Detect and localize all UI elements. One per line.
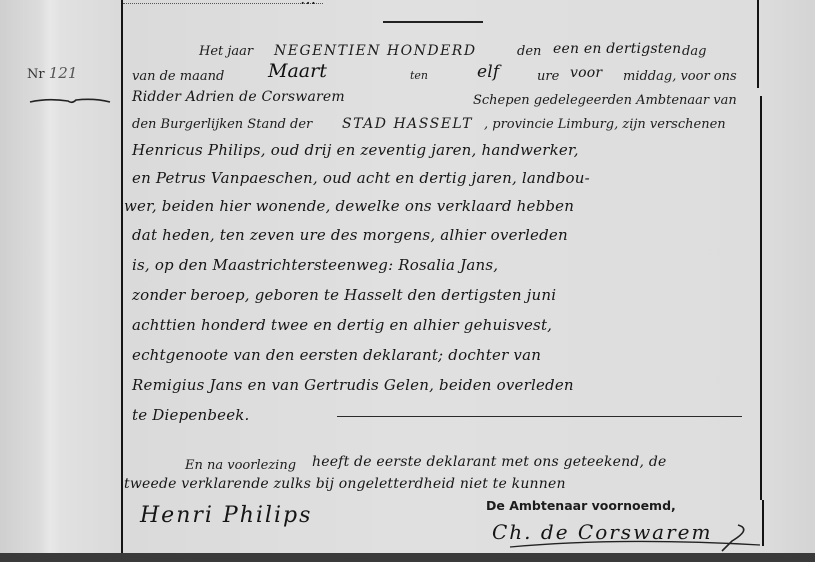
line-7-hand: wer, beiden hier wonende, dewelke ons ve… [124,199,574,214]
line-10-hand: zonder beroep, geboren te Hasselt den de… [132,288,556,303]
left-margin-rule [121,0,123,553]
top-dotted-rule [123,3,323,5]
line-1-print-a: Het jaar [199,45,253,58]
record-number-flourish [28,96,113,106]
record-number: Nr 121 [27,66,77,81]
line-15-hand: heeft de eerste deklarant met ons geteek… [312,455,667,469]
line-4-print-b: , provincie Limburg, zijn verschenen [484,118,726,131]
line-9-hand: is, op den Maastrichtersteenweg: Rosalia… [132,258,498,273]
line-2-hand-ampm: voor [570,66,602,80]
right-margin-rule [757,0,759,88]
line-6-hand: en Petrus Vanpaeschen, oud acht en derti… [132,171,590,186]
line-2-print-b: ten [410,70,428,81]
line-1-print-caps: NEGENTIEN HONDERD [274,44,477,58]
line-4-print-a: den Burgerlijken Stand der [132,118,312,131]
line-14-hand: te Diepenbeek. [132,408,250,423]
line-4-print-city: STAD HASSELT [342,117,473,131]
line-2-print-c: ure [537,70,559,83]
declarant-signature: Henri Philips [140,505,312,527]
line-15-print: En na voorlezing [185,459,296,472]
official-signature-flourish [500,515,770,555]
line-2-hand-month: Maart [268,62,327,81]
line-3-hand-official: Ridder Adrien de Corswarem [132,90,345,104]
end-of-text-rule [337,416,742,417]
line-1-hand-day: een en dertigsten [553,42,681,56]
line-1-print-c: dag [682,45,706,58]
top-title-underline [383,21,483,23]
line-5-hand: Henricus Philips, oud drij en zeventig j… [132,143,579,158]
line-2-print-a: van de maand [132,70,224,83]
line-2-print-d: middag, voor ons [623,70,737,83]
record-number-label: Nr [27,67,45,82]
line-3-print: Schepen gedelegeerden Ambtenaar van [473,94,737,107]
line-8-hand: dat heden, ten zeven ure des morgens, al… [132,228,568,243]
scanned-page: … Nr 121 Het jaar NEGENTIEN HONDERD den … [0,0,815,562]
line-1-print-b: den [517,45,541,58]
line-13-hand: Remigius Jans en van Gertrudis Gelen, be… [132,378,574,393]
line-2-hand-hour: elf [477,64,499,81]
line-12-hand: echtgenoote van den eersten deklarant; d… [132,348,541,363]
top-title-fragment: … [300,0,316,7]
line-11-hand: achttien honderd twee en dertig en alhie… [132,318,552,333]
right-margin-rule-lower [760,96,762,500]
line-16-hand: tweede verklarende zulks bij ongeletterd… [124,477,566,491]
official-signature-label: De Ambtenaar voornoemd, [486,500,676,513]
scan-bottom-edge [0,553,815,562]
record-number-value: 121 [49,64,78,82]
page-gutter-shadow [40,0,60,562]
